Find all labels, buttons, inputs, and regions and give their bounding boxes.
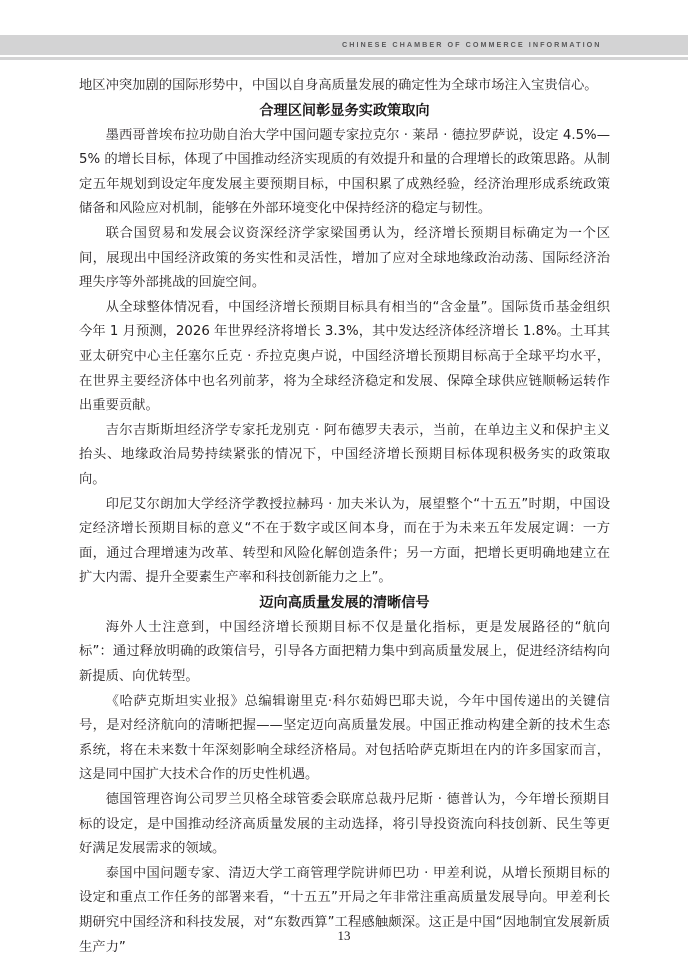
article-body: 地区冲突加剧的国际形势中，中国以自身高质量发展的确定性为全球市场注入宝贵信心。 … <box>79 74 610 960</box>
paragraph: 泰国中国问题专家、清迈大学工商管理学院讲师巴功 · 甲差利说，从增长预期目标的设… <box>79 862 610 960</box>
publication-name: CHINESE CHAMBER OF COMMERCE INFORMATION <box>342 40 602 49</box>
paragraph: 海外人士注意到，中国经济增长预期目标不仅是量化指标，更是发展路径的“航向标”：通… <box>79 616 610 690</box>
page-number: 13 <box>0 928 688 944</box>
paragraph: 从全球整体情况看，中国经济增长预期目标具有相当的“含金量”。国际货币基金组织今年… <box>79 296 610 419</box>
header-divider <box>0 57 688 60</box>
paragraph: 墨西哥普埃布拉功勋自治大学中国问题专家拉克尔 · 莱昂 · 德拉罗萨说，设定 4… <box>79 124 610 222</box>
paragraph: 德国管理咨询公司罗兰贝格全球管委会联席总裁丹尼斯 · 德普认为，今年增长预期目标… <box>79 788 610 862</box>
paragraph: 印尼艾尔朗加大学经济学教授拉赫玛 · 加夫米认为，展望整个“十五五”时期，中国设… <box>79 493 610 591</box>
paragraph: 联合国贸易和发展会议资深经济学家梁国勇认为，经济增长预期目标确定为一个区间，展现… <box>79 222 610 296</box>
paragraph: 吉尔吉斯斯坦经济学专家托龙别克 · 阿布德罗夫表示，当前，在单边主义和保护主义抬… <box>79 419 610 493</box>
section-heading: 迈向高质量发展的清晰信号 <box>79 591 610 616</box>
paragraph-continued: 地区冲突加剧的国际形势中，中国以自身高质量发展的确定性为全球市场注入宝贵信心。 <box>79 74 610 99</box>
paragraph: 《哈萨克斯坦实业报》总编辑谢里克·科尔茹姆巴耶夫说，今年中国传递出的关键信号，是… <box>79 690 610 788</box>
section-heading: 合理区间彰显务实政策取向 <box>79 99 610 124</box>
